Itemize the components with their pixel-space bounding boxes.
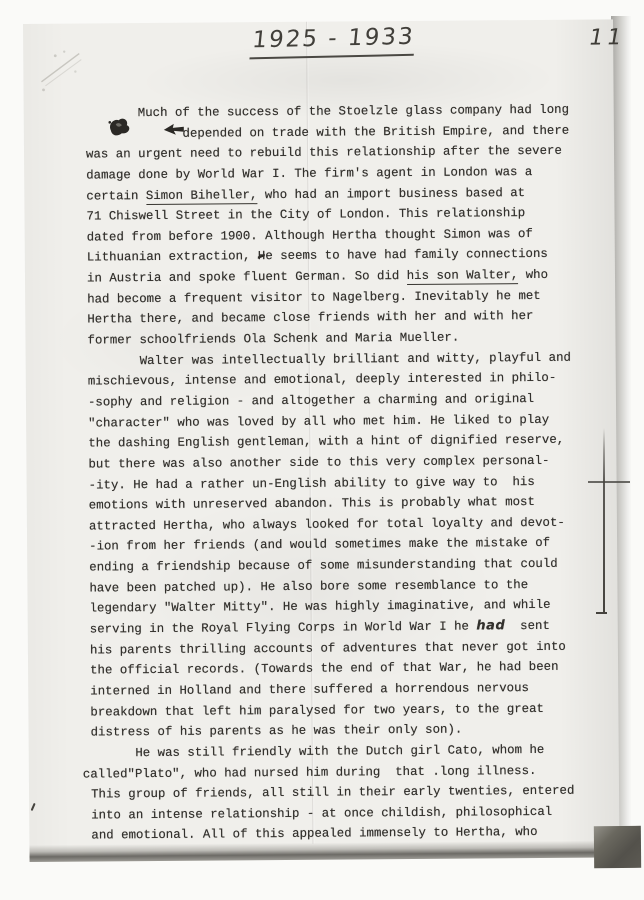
text-segment: 71 Chiswell Street in the City of London…: [86, 206, 525, 223]
text-segment: former schoolfriends Ola Schenk and Mari…: [87, 331, 459, 348]
chapter-date-heading: 1925 - 1933: [249, 24, 416, 60]
text-segment: dated from before 1900. Although Hertha …: [87, 227, 533, 245]
text-segment: who: [518, 268, 548, 282]
text-segment: breakdown that left him paralysed for tw…: [90, 702, 544, 720]
text-line: Hertha there, and became close friends w…: [87, 306, 599, 331]
text-segment: -ion from her friends (and would sometim…: [89, 536, 550, 554]
text-segment: had become a frequent visitor to Nagelbe…: [87, 289, 541, 307]
scanned-document-screenshot: { "header": { "date_range": "1925 - 1933…: [0, 0, 644, 900]
embossed-scribble: [31, 37, 101, 98]
text-segment: -ity. He had a rather un-English ability…: [89, 475, 535, 493]
text-segment: in Austria and spoke fluent German. So d…: [87, 269, 407, 286]
text-segment: and emotional. All of this appealed imme…: [91, 825, 537, 843]
text-segment: Much of the success of the Stoelzle glas…: [86, 103, 569, 121]
text-segment: This group of friends, all still in thei…: [91, 784, 574, 802]
text-segment: was an urgent need to rebuild this relat…: [86, 144, 562, 162]
document-text: Much of the success of the Stoelzle glas…: [86, 99, 604, 846]
text-segment: Hertha there, and became close friends w…: [87, 309, 533, 327]
text-segment: called"Plato", who had nursed him during…: [83, 763, 537, 781]
text-segment: Lithuanian extraction,: [87, 250, 258, 265]
pen-margin-mark-vertical: [603, 428, 605, 614]
page-corner-shadow-patch: [594, 826, 641, 868]
text-segment: He was still friendly with the Dutch gir…: [91, 743, 545, 761]
text-segment: serving in the Royal Flying Corps in Wor…: [90, 619, 477, 636]
text-segment: mischievous, intense and emotional, deep…: [88, 371, 557, 389]
text-segment: attracted Hertha, who always looked for …: [89, 516, 565, 534]
text-segment: interned in Holland and there suffered a…: [90, 681, 529, 698]
scanner-shadow-band: [29, 840, 621, 862]
text-segment: emotions with unreserved abandon. This i…: [89, 495, 535, 513]
page-number: 11: [587, 25, 628, 50]
text-segment: "character" who was loved by all who met…: [88, 412, 549, 430]
text-segment: Simon Biheller,: [146, 188, 258, 205]
text-segment: Walter was intellectually brilliant and …: [88, 350, 571, 368]
text-segment: certain: [86, 189, 146, 203]
pen-margin-mark-bottom: [596, 612, 607, 614]
text-segment: had: [476, 618, 505, 633]
text-segment: but there was also another side to this …: [88, 454, 549, 472]
text-segment: the official records. (Towards the end o…: [90, 660, 559, 678]
text-line: breakdown that left him paralysed for tw…: [90, 698, 602, 723]
text-segment: ending a friendship because of some misu…: [89, 557, 558, 575]
pen-margin-mark-top: [588, 481, 630, 483]
text-segment: legendary "Walter Mitty". He was highly …: [90, 598, 551, 616]
text-segment: distress of his parents as he was their …: [91, 723, 463, 740]
text-segment: the dashing English gentleman, with a hi…: [88, 433, 564, 451]
text-segment: who had an import business based at: [257, 186, 525, 202]
text-segment: his parents thrilling accounts of advent…: [90, 639, 566, 657]
text-segment: damage done by World War I. The firm's a…: [86, 165, 532, 183]
pen-tick-mark: [31, 803, 36, 811]
text-segment: e seems to have had family connections: [265, 247, 548, 263]
text-segment: sent: [505, 619, 550, 633]
scanned-page: 1925 - 1933 11 Much of the success of th…: [23, 19, 620, 862]
text-segment: his son Walter,: [407, 268, 519, 285]
text-segment: have been patched up). He also bore some…: [89, 578, 528, 595]
text-segment: into an intense relationship - at once c…: [91, 805, 552, 823]
text-segment: depended on trade with the British Empir…: [86, 123, 569, 141]
text-segment: -sophy and religion - and altogether a c…: [88, 392, 534, 410]
